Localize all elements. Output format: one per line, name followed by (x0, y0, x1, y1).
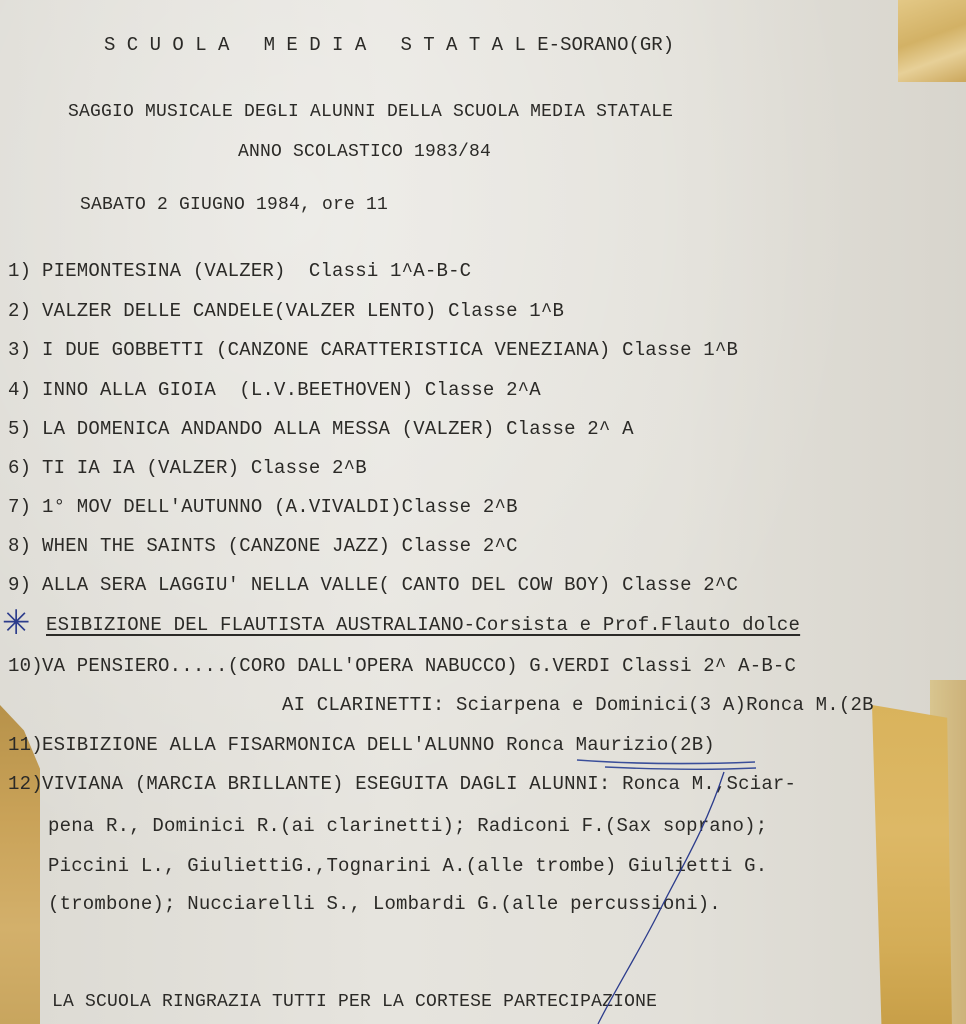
program-item-continuation: Piccini L., GiuliettiG.,Tognarini A.(all… (48, 855, 767, 877)
program-item: 2)VALZER DELLE CANDELE(VALZER LENTO) Cla… (8, 300, 564, 322)
program-item: 6)TI IA IA (VALZER) Classe 2^B (8, 457, 367, 479)
event-date: SABATO 2 GIUGNO 1984, ore 11 (80, 195, 388, 215)
program-item-flutist: ESIBIZIONE DEL FLAUTISTA AUSTRALIANO-Cor… (46, 614, 800, 636)
program-item-continuation: pena R., Dominici R.(ai clarinetti); Rad… (48, 815, 767, 837)
scanned-document: S C U O L A M E D I A S T A T A L E-SORA… (0, 0, 966, 1024)
program-item: 8)WHEN THE SAINTS (CANZONE JAZZ) Classe … (8, 535, 518, 557)
program-item: 3)I DUE GOBBETTI (CANZONE CARATTERISTICA… (8, 339, 738, 361)
program-item: 11)ESIBIZIONE ALLA FISARMONICA DELL'ALUN… (8, 734, 715, 756)
program-item-continuation: (trombone); Nucciarelli S., Lombardi G.(… (48, 893, 721, 915)
program-item: 9)ALLA SERA LAGGIU' NELLA VALLE( CANTO D… (8, 574, 738, 596)
program-item: 4)INNO ALLA GIOIA (L.V.BEETHOVEN) Classe… (8, 379, 541, 401)
program-item: 7)1° MOV DELL'AUTUNNO (A.VIVALDI)Classe … (8, 496, 518, 518)
program-item: 10)VA PENSIERO.....(CORO DALL'OPERA NABU… (8, 655, 796, 677)
program-item-note: AI CLARINETTI: Sciarpena e Dominici(3 A)… (282, 694, 874, 716)
program-item: 12)VIVIANA (MARCIA BRILLANTE) ESEGUITA D… (8, 773, 796, 795)
school-title: S C U O L A M E D I A S T A T A L E-SORA… (104, 34, 674, 56)
program-item: 1)PIEMONTESINA (VALZER) Classi 1^A-B-C (8, 260, 471, 282)
school-year: ANNO SCOLASTICO 1983/84 (238, 142, 491, 162)
tape-top-right (898, 0, 966, 82)
closing-thanks: LA SCUOLA RINGRAZIA TUTTI PER LA CORTESE… (52, 992, 657, 1012)
event-subtitle: SAGGIO MUSICALE DEGLI ALUNNI DELLA SCUOL… (68, 102, 673, 122)
program-item: 5)LA DOMENICA ANDANDO ALLA MESSA (VALZER… (8, 418, 634, 440)
handwritten-asterisk-icon: ✳ (2, 606, 31, 640)
